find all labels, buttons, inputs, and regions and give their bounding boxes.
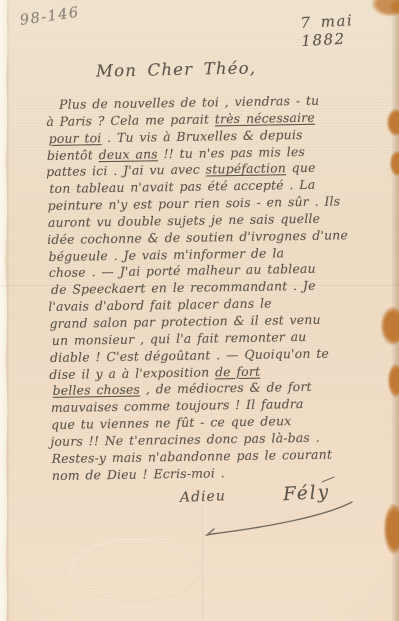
underlined-text: stupéfaction bbox=[206, 161, 287, 177]
text-segment: chose . — J'ai porté malheur au tableau bbox=[49, 261, 316, 280]
signature: Fély bbox=[282, 482, 330, 505]
underlined-text: de fort bbox=[215, 363, 260, 379]
stain bbox=[388, 364, 399, 397]
text-segment: bientôt bbox=[47, 147, 99, 163]
text-segment: l'avais d'abord fait placer dans le bbox=[48, 296, 272, 315]
text-segment: à Paris ? Cela me parait bbox=[46, 111, 215, 129]
text-segment: que bbox=[286, 160, 316, 175]
closing-word: Adieu bbox=[180, 488, 226, 506]
text-segment: de Speeckaert en le recommandant . Je bbox=[51, 278, 316, 297]
text-segment: auront vu double sujets je ne sais quell… bbox=[48, 211, 320, 230]
underlined-text: très nécessaire bbox=[215, 110, 315, 127]
text-segment: pattes ici . J'ai vu avec bbox=[46, 162, 206, 180]
text-segment: Plus de nouvelles de toi , viendras - tu bbox=[59, 93, 319, 112]
text-segment: un monsieur , qui l'a fait remonter au bbox=[52, 329, 307, 348]
underlined-text: deux ans bbox=[99, 146, 158, 162]
letter-date: 7 mai 1882 bbox=[300, 9, 399, 50]
stain bbox=[387, 109, 399, 136]
stain bbox=[384, 504, 399, 554]
text-segment: que tu viennes ne fût - ce que deux bbox=[51, 413, 291, 432]
letter-body: Plus de nouvelles de toi , viendras - tu… bbox=[46, 92, 387, 485]
vertical-fold-crease bbox=[202, 490, 204, 621]
text-segment: !! tu n'es pas mis les bbox=[158, 143, 305, 160]
text-segment: ton tableau n'avait pas été accepté . La bbox=[49, 177, 315, 196]
underlined-text: pour toi bbox=[49, 130, 102, 146]
stain bbox=[390, 151, 399, 176]
letter-page: 98-146 7 mai 1882 Mon Cher Théo, Plus de… bbox=[0, 0, 399, 621]
paper-left-edge-shadow bbox=[7, 0, 10, 621]
underlined-text: belles choses bbox=[52, 382, 140, 398]
text-segment: . Tu vis à Bruxelles & depuis bbox=[101, 127, 302, 145]
salutation: Mon Cher Théo, bbox=[96, 58, 257, 80]
text-segment: nom de Dieu ! Ecris-moi . bbox=[52, 465, 225, 483]
text-segment: , de médiocres & de fort bbox=[140, 379, 312, 397]
text-segment: jours !! Ne t'enracines donc pas là-bas … bbox=[50, 430, 320, 449]
archive-number: 98-146 bbox=[19, 5, 81, 29]
text-segment: dise il y a à l'exposition bbox=[49, 364, 215, 382]
paper-embossing bbox=[70, 538, 200, 600]
